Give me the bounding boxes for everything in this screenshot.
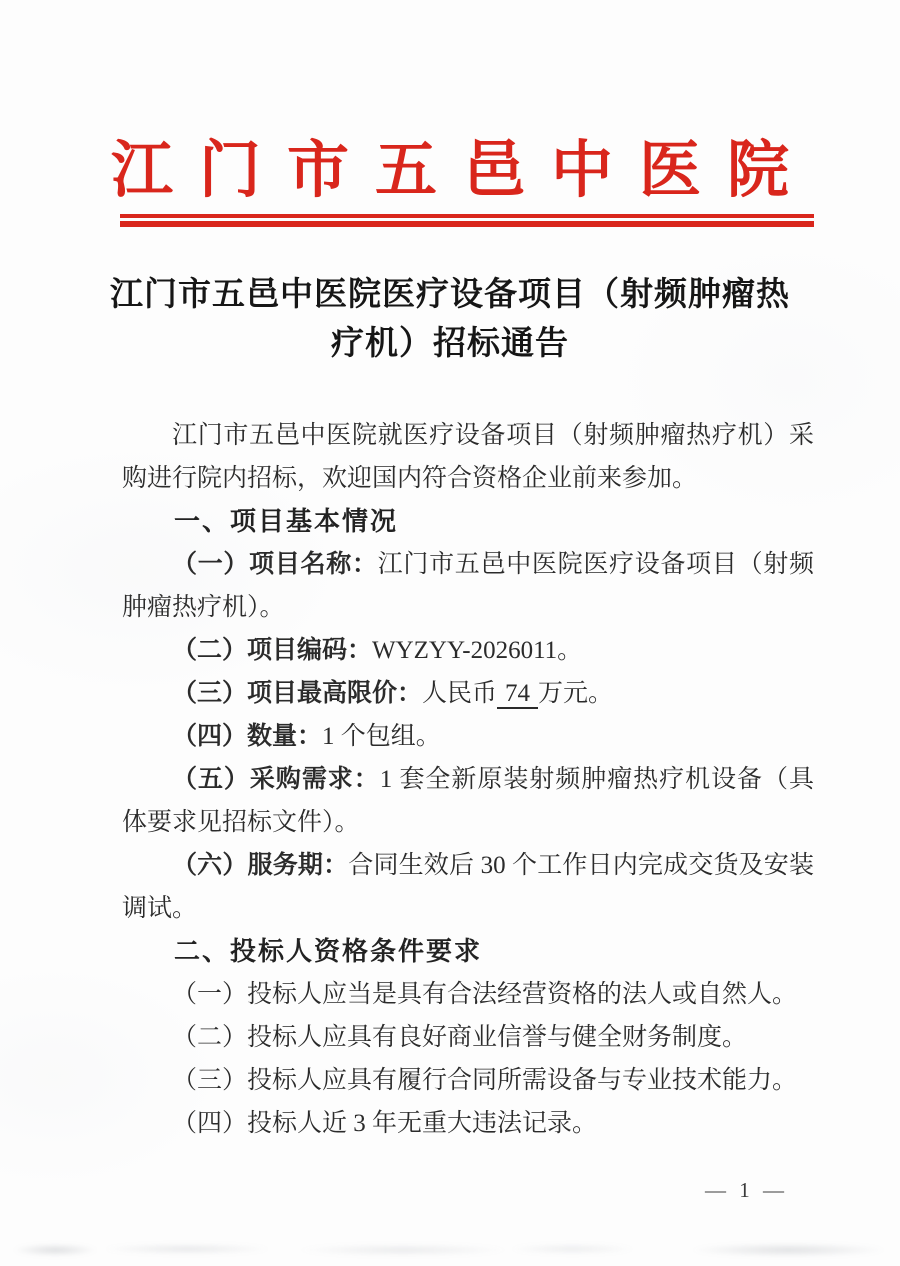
scan-smudge	[0, 1238, 900, 1258]
item-label: （一）项目名称：	[172, 551, 378, 578]
hospital-name-heading: 江门市五邑中医院	[0, 128, 900, 214]
letterhead-rule	[120, 214, 814, 227]
list-item-qualification-3: （三）投标人应具有履行合同所需设备与专业技术能力。	[122, 1059, 814, 1102]
item-text: 1 个包组。	[322, 723, 441, 750]
list-item-project-code: （二）项目编码：WYZYY-2026011。	[122, 629, 814, 672]
item-label: （五）采购需求：	[172, 766, 380, 793]
underlined-amount: 74	[497, 680, 538, 709]
item-text-after: 万元。	[538, 680, 613, 707]
list-item-qualification-4: （四）投标人近 3 年无重大违法记录。	[122, 1102, 814, 1145]
scanned-page: 江门市五邑中医院 江门市五邑中医院医疗设备项目（射频肿瘤热 疗机）招标通告 江门…	[0, 0, 900, 1266]
list-item-quantity: （四）数量：1 个包组。	[122, 715, 814, 758]
document-body: 江门市五邑中医院就医疗设备项目（射频肿瘤热疗机）采购进行院内招标，欢迎国内符合资…	[122, 414, 814, 1145]
list-item-procurement-demand: （五）采购需求：1 套全新原装射频肿瘤热疗机设备（具体要求见招标文件）。	[122, 758, 814, 844]
item-text: WYZYY-2026011。	[372, 637, 582, 664]
list-item-service-period: （六）服务期：合同生效后 30 个工作日内完成交货及安装调试。	[122, 844, 814, 930]
item-label: （二）项目编码：	[172, 637, 372, 664]
item-label: （三）项目最高限价：	[172, 680, 422, 707]
section-2-heading: 二、投标人资格条件要求	[122, 930, 814, 973]
document-title-line1: 江门市五邑中医院医疗设备项目（射频肿瘤热	[90, 271, 810, 320]
list-item-qualification-2: （二）投标人应具有良好商业信誉与健全财务制度。	[122, 1016, 814, 1059]
page-number: — 1 —	[705, 1178, 788, 1203]
document-title-line2: 疗机）招标通告	[90, 320, 810, 369]
item-label: （四）数量：	[172, 723, 322, 750]
section-1-heading: 一、项目基本情况	[122, 500, 814, 543]
list-item-qualification-1: （一）投标人应当是具有合法经营资格的法人或自然人。	[122, 973, 814, 1016]
list-item-project-name: （一）项目名称：江门市五邑中医院医疗设备项目（射频肿瘤热疗机）。	[122, 543, 814, 629]
intro-paragraph: 江门市五邑中医院就医疗设备项目（射频肿瘤热疗机）采购进行院内招标，欢迎国内符合资…	[122, 414, 814, 500]
item-label: （六）服务期：	[172, 852, 348, 879]
letterhead: 江门市五邑中医院	[0, 128, 900, 214]
list-item-price-cap: （三）项目最高限价：人民币74万元。	[122, 672, 814, 715]
rule-bottom-line	[120, 221, 814, 227]
document-title: 江门市五邑中医院医疗设备项目（射频肿瘤热 疗机）招标通告	[90, 271, 810, 369]
item-text-before: 人民币	[422, 680, 497, 707]
